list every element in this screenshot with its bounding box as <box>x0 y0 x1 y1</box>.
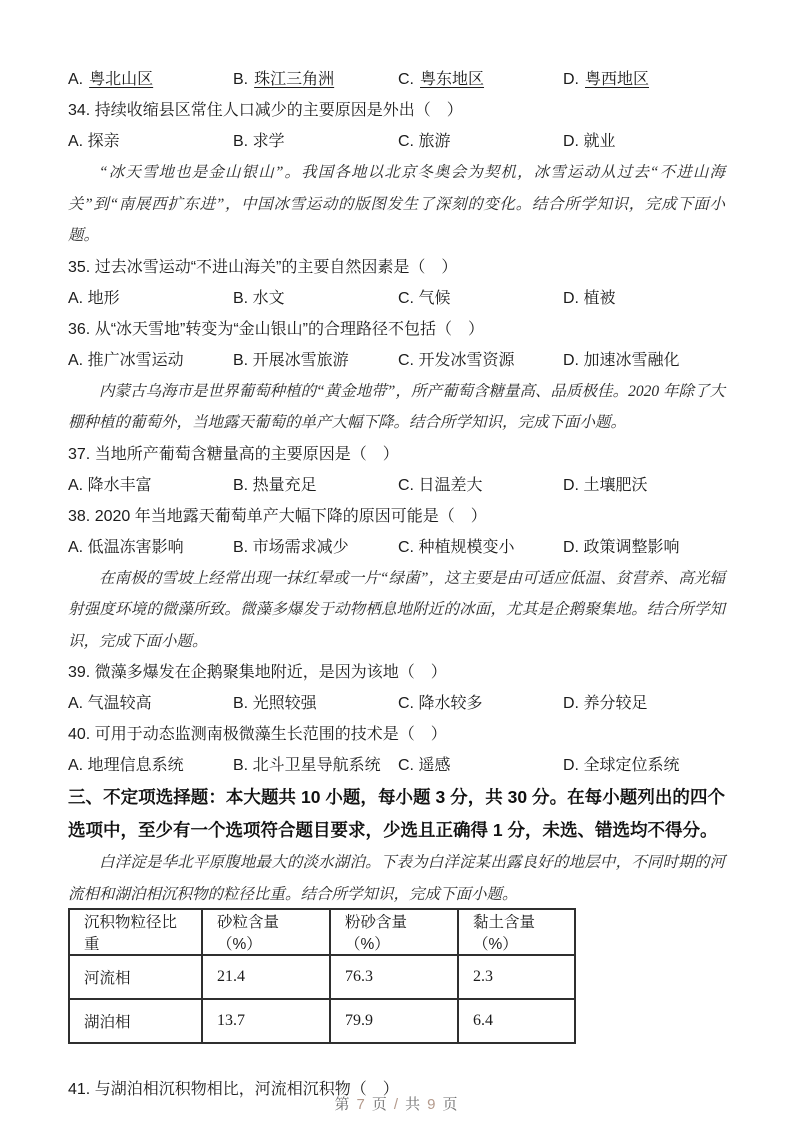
table-row: 河流相 21.4 76.3 2.3 <box>69 955 575 999</box>
table-row-label: 湖泊相 <box>69 999 202 1043</box>
option-c: C. 旅游 <box>398 126 563 157</box>
option-d: D. 政策调整影响 <box>563 532 725 563</box>
option-d: D. 全球定位系统 <box>563 750 725 781</box>
option-b: B. 水文 <box>233 283 398 314</box>
question-36-stem: 36. 从“冰天雪地”转变为“金山银山”的合理路径不包括（ ） <box>68 314 725 345</box>
option-a: A. 地理信息系统 <box>68 750 233 781</box>
footer-label: 共 <box>405 1096 421 1113</box>
option-b: B. 北斗卫星导航系统 <box>233 750 398 781</box>
footer-label: 页 <box>442 1096 458 1113</box>
option-a: A. 探亲 <box>68 126 233 157</box>
table-row-label: 河流相 <box>69 955 202 999</box>
section-3-heading: 三、不定项选择题：本大题共 10 小题，每小题 3 分，共 30 分。在每小题列… <box>68 781 725 847</box>
question-39-stem: 39. 微藻多爆发在企鹅聚集地附近，是因为该地（ ） <box>68 657 725 688</box>
option-c: C. 种植规模变小 <box>398 532 563 563</box>
table-cell: 21.4 <box>202 955 330 999</box>
option-a: A. 地形 <box>68 283 233 314</box>
exam-page: A.粤北山区 B.珠江三角洲 C.粤东地区 D.粤西地区 34. 持续收缩县区常… <box>0 0 793 1105</box>
passage-antarctic-algae: 在南极的雪坡上经常出现一抹红晕或一片“绿菌”，这主要是由可适应低温、贫营养、高光… <box>68 563 725 658</box>
question-40-stem: 40. 可用于动态监测南极微藻生长范围的技术是（ ） <box>68 719 725 750</box>
option-a: A. 低温冻害影响 <box>68 532 233 563</box>
page-footer: 第7页/共9页 <box>0 1093 793 1114</box>
option-b: B. 开展冰雪旅游 <box>233 345 398 376</box>
question-34-options-row: A. 探亲 B. 求学 C. 旅游 D. 就业 <box>68 126 725 157</box>
table-cell: 13.7 <box>202 999 330 1043</box>
option-d: D. 植被 <box>563 283 725 314</box>
passage-baiyangdian-lake: 白洋淀是华北平原腹地最大的淡水湖泊。下表为白洋淀某出露良好的地层中，不同时期的河… <box>68 847 725 910</box>
footer-label: 页 <box>372 1096 388 1113</box>
option-d: D. 土壤肥沃 <box>563 470 725 501</box>
option-a: A. 降水丰富 <box>68 470 233 501</box>
question-33-options-row: A.粤北山区 B.珠江三角洲 C.粤东地区 D.粤西地区 <box>68 64 725 95</box>
option-b: B. 光照较强 <box>233 688 398 719</box>
option-b-label: 珠江三角洲 <box>254 71 334 88</box>
table-header-cell: 沉积物粒径比重 <box>69 909 202 955</box>
passage-winter-sports: “冰天雪地也是金山银山”。我国各地以北京冬奥会为契机，冰雪运动从过去“不进山海关… <box>68 157 725 252</box>
question-40-options-row: A. 地理信息系统 B. 北斗卫星导航系统 C. 遥感 D. 全球定位系统 <box>68 750 725 781</box>
option-b: B. 热量充足 <box>233 470 398 501</box>
option-a: A.粤北山区 <box>68 64 233 95</box>
current-page-number: 7 <box>357 1096 366 1113</box>
option-d: D.粤西地区 <box>563 64 725 95</box>
option-c: C. 遥感 <box>398 750 563 781</box>
option-c: C.粤东地区 <box>398 64 563 95</box>
question-36-options-row: A. 推广冰雪运动 B. 开展冰雪旅游 C. 开发冰雪资源 D. 加速冰雪融化 <box>68 345 725 376</box>
question-35-stem: 35. 过去冰雪运动“不进山海关”的主要自然因素是（ ） <box>68 252 725 283</box>
question-38-stem: 38. 2020 年当地露天葡萄单产大幅下降的原因可能是（ ） <box>68 501 725 532</box>
option-c: C. 日温差大 <box>398 470 563 501</box>
option-d: D. 养分较足 <box>563 688 725 719</box>
question-37-stem: 37. 当地所产葡萄含糖量高的主要原因是（ ） <box>68 439 725 470</box>
footer-label: 第 <box>335 1096 351 1113</box>
table-header-cell: 粉砂含量（%） <box>330 909 458 955</box>
total-pages-number: 9 <box>427 1096 436 1113</box>
question-34-stem: 34. 持续收缩县区常住人口减少的主要原因是外出（ ） <box>68 95 725 126</box>
option-d-letter: D. <box>563 71 579 88</box>
option-d: D. 加速冰雪融化 <box>563 345 725 376</box>
option-c: C. 降水较多 <box>398 688 563 719</box>
option-c: C. 气候 <box>398 283 563 314</box>
option-c: C. 开发冰雪资源 <box>398 345 563 376</box>
question-38-options-row: A. 低温冻害影响 B. 市场需求减少 C. 种植规模变小 D. 政策调整影响 <box>68 532 725 563</box>
table-cell: 79.9 <box>330 999 458 1043</box>
passage-wuhai-grapes: 内蒙古乌海市是世界葡萄种植的“黄金地带”，所产葡萄含糖量高、品质极佳。2020 … <box>68 376 725 439</box>
option-b: B. 求学 <box>233 126 398 157</box>
question-39-options-row: A. 气温较高 B. 光照较强 C. 降水较多 D. 养分较足 <box>68 688 725 719</box>
option-a-label: 粤北山区 <box>89 71 153 88</box>
option-a: A. 气温较高 <box>68 688 233 719</box>
option-c-label: 粤东地区 <box>420 71 484 88</box>
table-row: 湖泊相 13.7 79.9 6.4 <box>69 999 575 1043</box>
question-35-options-row: A. 地形 B. 水文 C. 气候 D. 植被 <box>68 283 725 314</box>
option-b: B. 市场需求减少 <box>233 532 398 563</box>
table-cell: 2.3 <box>458 955 575 999</box>
table-header-cell: 砂粒含量（%） <box>202 909 330 955</box>
option-d: D. 就业 <box>563 126 725 157</box>
sediment-grain-size-table: 沉积物粒径比重 砂粒含量（%） 粉砂含量（%） 黏土含量（%） 河流相 21.4… <box>68 908 576 1044</box>
footer-separator: / <box>394 1096 399 1113</box>
option-c-letter: C. <box>398 71 414 88</box>
option-a: A. 推广冰雪运动 <box>68 345 233 376</box>
option-a-letter: A. <box>68 71 83 88</box>
table-header-row: 沉积物粒径比重 砂粒含量（%） 粉砂含量（%） 黏土含量（%） <box>69 909 575 955</box>
table-cell: 76.3 <box>330 955 458 999</box>
option-d-label: 粤西地区 <box>585 71 649 88</box>
option-b: B.珠江三角洲 <box>233 64 398 95</box>
table-cell: 6.4 <box>458 999 575 1043</box>
option-b-letter: B. <box>233 71 248 88</box>
table-header-cell: 黏土含量（%） <box>458 909 575 955</box>
question-37-options-row: A. 降水丰富 B. 热量充足 C. 日温差大 D. 土壤肥沃 <box>68 470 725 501</box>
